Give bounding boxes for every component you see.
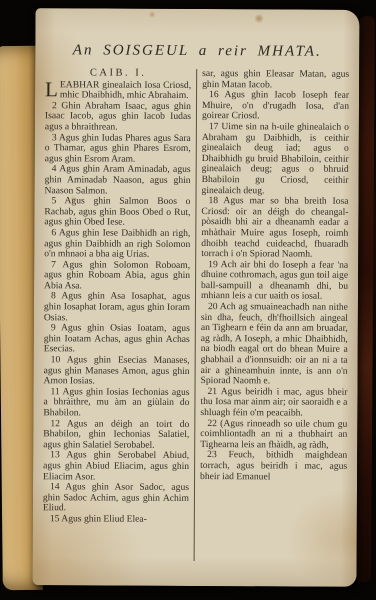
left-verse-list: 2 Ghin Abraham Isaac, agus ghin Isaac Ia…: [43, 101, 191, 526]
verse: 3 Agus ghin Iudas Phares agus Sara o Tha…: [45, 133, 191, 166]
verse: 2 Ghin Abraham Isaac, agus ghin Isaac Ia…: [45, 101, 191, 134]
verse: 13 Agus ghin Serobabel Abiud, agus ghin …: [43, 451, 189, 484]
chapter-heading: CAIB. I.: [45, 68, 191, 79]
verse: 4 Agus ghin Aram Aminadab, agus ghin Ami…: [45, 165, 191, 198]
verse: 6 Agus ghin Iese Daibhidh an righ, agus …: [44, 228, 190, 261]
dropcap-letter: L: [45, 80, 60, 99]
verse: 10 Agus ghin Esecias Manases, agus ghin …: [44, 355, 190, 388]
left-column: CAIB. I. LEABHAR ginealaich Iosa Criosd,…: [43, 68, 196, 525]
verse: 9 Agus ghin Osias Ioatam, agus ghin Ioat…: [44, 323, 190, 356]
verse: 17 Uime sin na h-uile ghinealaich o Abra…: [202, 122, 349, 197]
verse: 15 Agus ghin Eliud Elea-: [43, 514, 189, 525]
opening-paragraph: LEABHAR ginealaich Iosa Criosd, mhic Dha…: [45, 80, 191, 102]
verse: 11 Agus ghin Iosias Iechonias agus a bhr…: [43, 387, 189, 420]
opening-text: EABHAR ginealaich Iosa Criosd, mhic Dhai…: [60, 79, 191, 101]
verse: 14 Agus ghin Asor Sadoc, agus ghin Sadoc…: [43, 482, 189, 515]
right-column: sar, agus ghin Eleasar Matan, agus ghin …: [194, 69, 350, 562]
verse: 12 Agus an déigh an toirt do Bhabilon, g…: [43, 419, 189, 452]
page-title: An SOISGEUL a reir MHATA.: [45, 42, 349, 61]
verse: 22 (Agus rinneadh so uile chum gu coimhl…: [200, 419, 347, 452]
verse: 18 Agus mar so bha breith Iosa Criosd: o…: [201, 196, 348, 260]
verse: 8 Agus ghin Asa Iosaphat, agus ghin Iosa…: [44, 292, 190, 325]
verse: 16 Agus ghin Iacob Ioseph fear Mhuire, o…: [202, 90, 349, 123]
verse: 20 Ach ag smuaineachadh nan nithe sin dh…: [201, 302, 348, 388]
verse: 7 Agus ghin Solomon Roboam, agus ghin Ro…: [44, 260, 190, 293]
verse: 19 Ach air bhi do Ioseph a fear 'na dhui…: [201, 260, 348, 303]
photo-background: An SOISGEUL a reir MHATA. CAIB. I. LEABH…: [0, 0, 376, 600]
page-content: An SOISGEUL a reir MHATA. CAIB. I. LEABH…: [33, 8, 360, 562]
right-verse-list: 16 Agus ghin Iacob Ioseph fear Mhuire, o…: [200, 90, 349, 483]
verse: 21 Agus beiridh i mac, agus bheir thu Io…: [200, 387, 347, 420]
book-page: An SOISGEUL a reir MHATA. CAIB. I. LEABH…: [32, 8, 359, 587]
verse: 23 Feuch, bithidh maighdean torrach, agu…: [200, 450, 347, 483]
verse: 5 Agus ghin Salmon Boos o Rachab, agus g…: [44, 196, 190, 229]
continuation-paragraph: sar, agus ghin Eleasar Matan, agus ghin …: [202, 69, 349, 91]
text-columns: CAIB. I. LEABHAR ginealaich Iosa Criosd,…: [43, 68, 350, 562]
